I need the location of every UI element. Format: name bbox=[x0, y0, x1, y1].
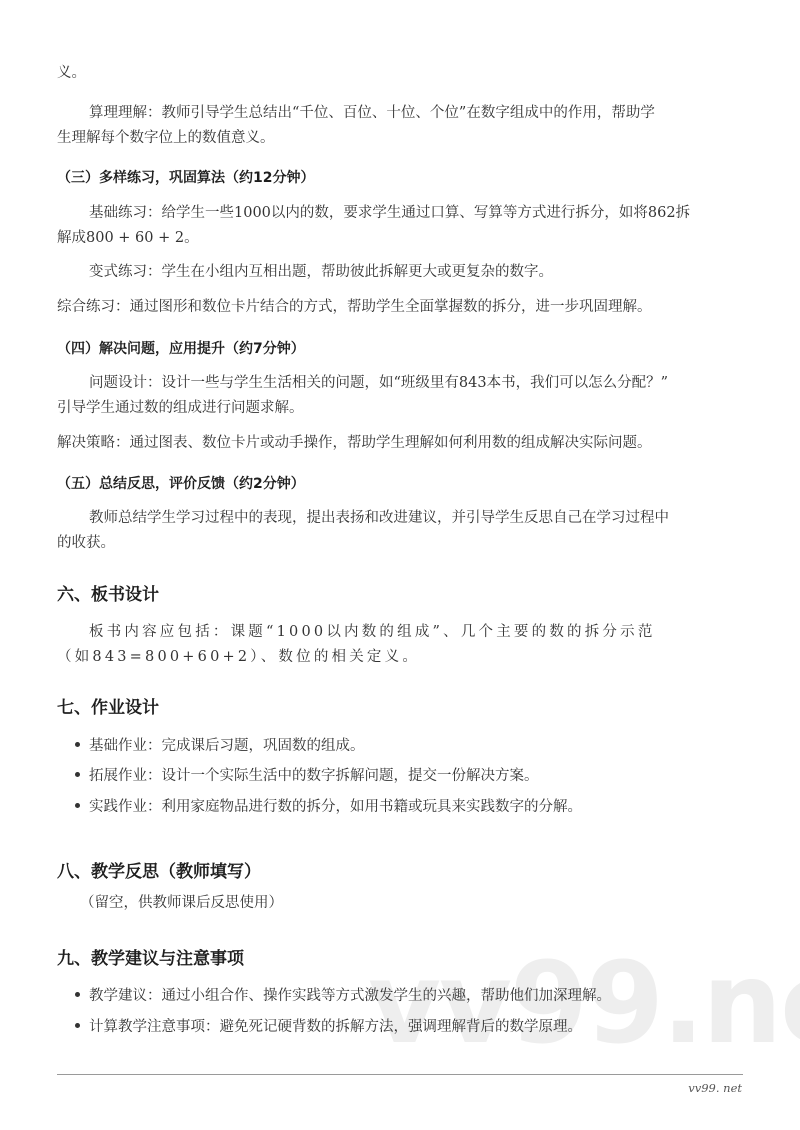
homework-item: 基础作业：完成课后习题，巩固数的组成。 bbox=[75, 736, 365, 756]
suggestion-item: 计算教学注意事项：避免死记硬背数的拆解方法，强调理解背后的数学原理。 bbox=[75, 1017, 582, 1037]
homework-item-text: 拓展作业：设计一个实际生活中的数字拆解问题，提交一份解决方案。 bbox=[89, 768, 539, 784]
algorithm-understanding-line2: 生理解每个数字位上的数值意义。 bbox=[57, 128, 275, 148]
problem-design-line1: 问题设计：设计一些与学生生活相关的问题，如“班级里有843本书，我们可以怎么分配… bbox=[89, 373, 668, 393]
section6-line1: 板书内容应包括：课题“1000以内数的组成”、几个主要的数的拆分示范 bbox=[89, 622, 656, 642]
variant-practice: 变式练习：学生在小组内互相出题，帮助彼此拆解更大或更复杂的数字。 bbox=[89, 262, 553, 282]
bullet-icon bbox=[75, 742, 80, 747]
section7-heading: 七、作业设计 bbox=[57, 693, 159, 718]
homework-item: 实践作业：利用家庭物品进行数的拆分，如用书籍或玩具来实践数字的分解。 bbox=[75, 797, 582, 817]
section9-heading: 九、教学建议与注意事项 bbox=[57, 944, 244, 969]
section8-note: （留空，供教师课后反思使用） bbox=[80, 893, 283, 913]
footer-site-label: vv99. net bbox=[688, 1081, 742, 1095]
document-page: vv99.net 义。 算理理解：教师引导学生总结出“千位、百位、十位、个位”在… bbox=[0, 0, 800, 1130]
bullet-icon bbox=[75, 772, 80, 777]
bullet-icon bbox=[75, 803, 80, 808]
algorithm-understanding-line1: 算理理解：教师引导学生总结出“千位、百位、十位、个位”在数字组成中的作用，帮助学 bbox=[89, 103, 655, 123]
step3-heading: （三）多样练习，巩固算法（约12分钟） bbox=[57, 167, 314, 187]
suggestion-item: 教学建议：通过小组合作、操作实践等方式激发学生的兴趣，帮助他们加深理解。 bbox=[75, 986, 611, 1006]
solution-strategy: 解决策略：通过图表、数位卡片或动手操作，帮助学生理解如何利用数的组成解决实际问题… bbox=[57, 433, 652, 453]
footer-divider bbox=[57, 1074, 743, 1075]
section6-heading: 六、板书设计 bbox=[57, 580, 159, 605]
bullet-icon bbox=[75, 992, 80, 997]
basic-practice-line1: 基础练习：给学生一些1000以内的数，要求学生通过口算、写算等方式进行拆分，如将… bbox=[89, 203, 690, 223]
step4-heading: （四）解决问题，应用提升（约7分钟） bbox=[57, 338, 305, 358]
section8-heading: 八、教学反思（教师填写） bbox=[57, 857, 261, 882]
problem-design-line2: 引导学生通过数的组成进行问题求解。 bbox=[57, 398, 304, 418]
step5-line2: 的收获。 bbox=[57, 533, 115, 553]
homework-item: 拓展作业：设计一个实际生活中的数字拆解问题，提交一份解决方案。 bbox=[75, 766, 539, 786]
basic-practice-line2: 解成800 + 60 + 2。 bbox=[57, 228, 199, 248]
suggestion-item-text: 计算教学注意事项：避免死记硬背数的拆解方法，强调理解背后的数学原理。 bbox=[89, 1019, 582, 1035]
bullet-icon bbox=[75, 1023, 80, 1028]
continuation-line: 义。 bbox=[57, 63, 86, 83]
step5-heading: （五）总结反思，评价反馈（约2分钟） bbox=[57, 473, 305, 493]
comprehensive-practice: 综合练习：通过图形和数位卡片结合的方式，帮助学生全面掌握数的拆分，进一步巩固理解… bbox=[57, 297, 652, 317]
step5-line1: 教师总结学生学习过程中的表现，提出表扬和改进建议，并引导学生反思自己在学习过程中 bbox=[89, 508, 669, 528]
suggestion-item-text: 教学建议：通过小组合作、操作实践等方式激发学生的兴趣，帮助他们加深理解。 bbox=[89, 988, 611, 1004]
homework-item-text: 实践作业：利用家庭物品进行数的拆分，如用书籍或玩具来实践数字的分解。 bbox=[89, 799, 582, 815]
homework-item-text: 基础作业：完成课后习题，巩固数的组成。 bbox=[89, 738, 365, 754]
section6-line2: （如843=800+60+2）、数位的相关定义。 bbox=[57, 647, 420, 667]
